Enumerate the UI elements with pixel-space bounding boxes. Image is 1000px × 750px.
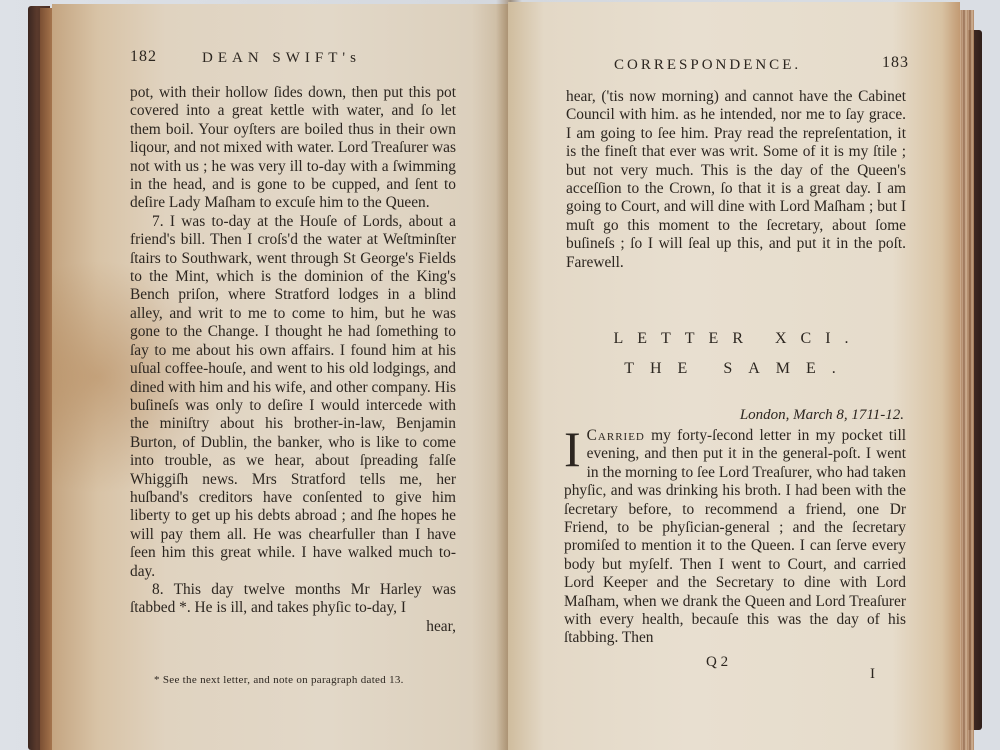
paragraph: 7. I was to-day at the Houſe of Lords, a… <box>130 213 456 581</box>
running-head-right: CORRESPONDENCE. <box>614 57 801 74</box>
dateline: London, March 8, 1711-12. <box>648 407 904 424</box>
left-page-body: pot, with their hollow ſides down, then … <box>130 84 456 636</box>
paragraph: 8. This day twelve months Mr Harley was … <box>130 581 456 618</box>
letter-heading: LETTER XCI. <box>568 330 908 348</box>
page-number-right: 183 <box>882 54 909 72</box>
letter-body-text: my forty-ſecond letter in my pocket till… <box>564 427 906 646</box>
paragraph: pot, with their hollow ſides down, then … <box>130 84 456 213</box>
left-page: 182 DEAN SWIFT's pot, with their hollow … <box>52 4 508 750</box>
catchword: hear, <box>130 618 456 636</box>
letter-subheading: THE SAME. <box>568 360 908 378</box>
right-page: CORRESPONDENCE. 183 hear, ('tis now morn… <box>508 2 960 750</box>
opening-smallcaps: Carried <box>587 427 645 444</box>
letter-body: ICarried my forty-ſecond letter in my po… <box>564 427 906 648</box>
footnote: * See the next letter, and note on parag… <box>154 674 404 686</box>
drop-cap: I <box>564 429 581 469</box>
running-head-left: DEAN SWIFT's <box>202 50 361 67</box>
catchword: I <box>870 666 875 683</box>
page-number-left: 182 <box>130 48 157 66</box>
paragraph: hear, ('tis now morning) and cannot have… <box>566 88 906 272</box>
signature-mark: Q 2 <box>706 654 728 671</box>
paragraph: ICarried my forty-ſecond letter in my po… <box>564 427 906 648</box>
continuation-text: hear, ('tis now morning) and cannot have… <box>566 88 906 272</box>
